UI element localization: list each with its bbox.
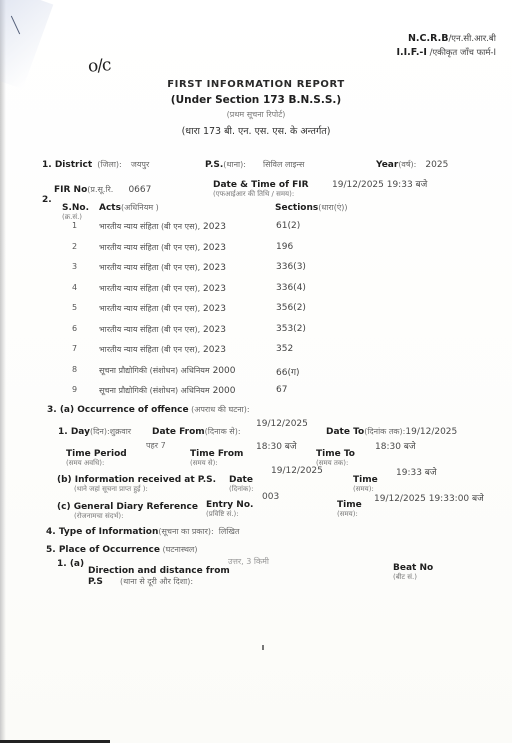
act-name: भारतीय न्याय संहिता (बी एन एस), 2023 xyxy=(99,303,226,314)
info-received-time-field: Time (समय): xyxy=(353,467,378,494)
occurrence-heading: 3. (a) Occurrence of offence (अपराध की घ… xyxy=(47,397,250,416)
time-from-value: 18:30 बजे xyxy=(256,439,297,452)
gd-time-value: 19/12/2025 19:33:00 बजे xyxy=(374,491,484,504)
district-field: 1. District (जिला): जयपुर xyxy=(42,152,149,171)
act-serial-number: 5 xyxy=(72,303,86,312)
date-from-value: 19/12/2025 xyxy=(256,419,308,429)
direction-distance-value: उत्तर, 3 किमी xyxy=(228,556,269,567)
ncrb-label: N.C.R.B xyxy=(408,33,448,44)
act-serial-number: 8 xyxy=(72,365,86,374)
info-received-date-value: 19/12/2025 xyxy=(271,466,323,476)
day-value: शुक्रवार xyxy=(110,427,131,436)
act-name: भारतीय न्याय संहिता (बी एन एस), 2023 xyxy=(99,242,226,253)
act-serial-number: 1 xyxy=(72,221,86,230)
time-to-field: Time To (समय तक): xyxy=(316,441,355,468)
direction-num: 1. (a) xyxy=(57,559,84,569)
district-value: जयपुर xyxy=(131,160,149,169)
direction-ps-line: P.S (थाना से दूरी और दिशा): xyxy=(88,569,193,588)
sno-column-header: S.No. (क्र.सं.) xyxy=(62,195,89,222)
info-received-field: (b) Information received at P.S. (थाने ज… xyxy=(57,467,216,494)
page-mark xyxy=(262,645,264,650)
acts-column-header: Acts(अधिनियम ) xyxy=(99,195,159,214)
day-field: 1. Day(दिन):शुक्रवार xyxy=(58,419,131,438)
fir-no-field: FIR No(प्र.सू.रि. 0667 xyxy=(54,177,151,196)
report-under-section: (Under Section 173 B.N.S.S.) xyxy=(0,94,512,106)
acts-heading-num: 2. xyxy=(42,195,52,205)
act-name: भारतीय न्याय संहिता (बी एन एस), 2023 xyxy=(99,262,226,273)
act-name: भारतीय न्याय संहिता (बी एन एस), 2023 xyxy=(99,221,226,232)
page-fold-shadow xyxy=(0,0,53,89)
info-received-time-value: 19:33 बजे xyxy=(396,465,437,478)
gd-entry-value: 003 xyxy=(262,492,279,502)
iif-header: I.I.F.-I /एकीकृत जाँच फार्म-I xyxy=(396,47,496,58)
type-of-information-value: लिखित xyxy=(219,527,240,536)
act-section: 356(2) xyxy=(276,303,306,313)
gd-reference-field: (c) General Diary Reference (रोजनामचा सं… xyxy=(57,494,198,521)
fir-document-page: N.C.R.B/एन.सी.आर.बी I.I.F.-I /एकीकृत जाँ… xyxy=(0,0,512,743)
type-of-information-field: 4. Type of Information(सूचना का प्रकार):… xyxy=(46,519,239,538)
act-name: सूचना प्रौद्योगिकी (संशोधन) अधिनियम 2000 xyxy=(99,365,235,376)
fir-no-value: 0667 xyxy=(128,185,151,195)
sections-column-header: Sections(धारा(एं)) xyxy=(275,195,348,214)
ps-value: सिविल लाइन्स xyxy=(263,160,304,169)
time-period-field: Time Period (समय अवधि): xyxy=(66,441,127,468)
fir-datetime-value: 19/12/2025 19:33 बजे xyxy=(332,177,427,190)
act-section: 66(ग) xyxy=(276,365,300,378)
place-of-occurrence-heading: 5. Place of Occurrence (घटनास्थल) xyxy=(46,537,197,556)
time-to-value: 18:30 बजे xyxy=(375,439,416,452)
act-name: भारतीय न्याय संहिता (बी एन एस), 2023 xyxy=(99,283,226,294)
act-section: 336(4) xyxy=(276,283,306,293)
date-to-field: Date To(दिनांक तक):19/12/2025 xyxy=(326,419,457,438)
act-name: भारतीय न्याय संहिता (बी एन एस), 2023 xyxy=(99,324,226,335)
gd-time-field: Time (समय): xyxy=(337,492,362,519)
date-from-field: Date From(दिनाक से): xyxy=(152,419,241,438)
info-received-date-field: Date (दिनांक): xyxy=(229,467,253,494)
beat-no-field: Beat No (बीट सं.) xyxy=(393,555,433,582)
date-to-value: 19/12/2025 xyxy=(405,427,457,437)
act-serial-number: 9 xyxy=(72,385,86,394)
report-title: FIRST INFORMATION REPORT xyxy=(0,79,512,90)
act-name: भारतीय न्याय संहिता (बी एन एस), 2023 xyxy=(99,344,226,355)
act-section: 352 xyxy=(276,344,293,354)
act-serial-number: 4 xyxy=(72,283,86,292)
act-section: 61(2) xyxy=(276,221,300,231)
act-serial-number: 6 xyxy=(72,324,86,333)
act-section: 336(3) xyxy=(276,262,306,272)
gd-entry-field: Entry No. (प्रविष्टि सं.): xyxy=(206,492,253,519)
act-serial-number: 3 xyxy=(72,262,86,271)
report-title-hindi: (प्रथम सूचना रिपोर्ट) xyxy=(0,109,512,120)
handwritten-note: o/c xyxy=(87,55,111,77)
act-serial-number: 7 xyxy=(72,344,86,353)
ncrb-hindi: /एन.सी.आर.बी xyxy=(448,34,496,44)
time-period-value: पहर 7 xyxy=(146,440,166,451)
act-serial-number: 2 xyxy=(72,242,86,251)
time-from-field: Time From (समय से): xyxy=(190,441,243,468)
iif-hindi: /एकीकृत जाँच फार्म-I xyxy=(427,48,496,58)
year-field: Year(वर्ष): 2025 xyxy=(376,152,448,171)
ncrb-header: N.C.R.B/एन.सी.आर.बी xyxy=(408,33,496,44)
act-section: 196 xyxy=(276,242,293,252)
act-section: 67 xyxy=(276,385,287,395)
act-name: सूचना प्रौद्योगिकी (संशोधन) अधिनियम 2000 xyxy=(99,385,235,396)
year-value: 2025 xyxy=(425,160,448,170)
report-section-hindi: (धारा 173 बी. एन. एस. एस. के अन्तर्गत) xyxy=(0,124,512,137)
act-section: 353(2) xyxy=(276,324,306,334)
ps-field: P.S.(थाना): सिविल लाइन्स xyxy=(205,152,304,171)
iif-label: I.I.F.-I xyxy=(396,47,426,58)
